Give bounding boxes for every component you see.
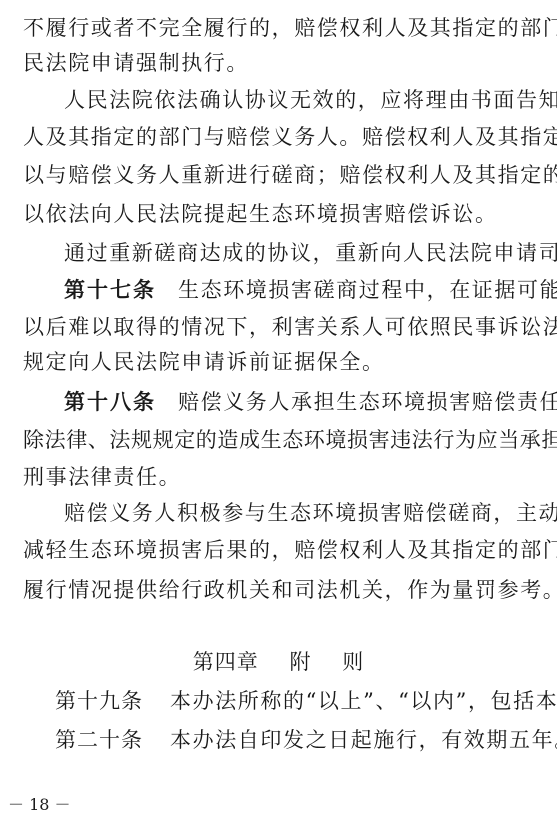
- article-text: 赔偿义务人承担生态环境损害赔偿责任不能免: [178, 390, 557, 414]
- paragraph-line: 民法院申请强制执行。: [23, 48, 543, 78]
- paragraph-line: 履行情况提供给行政机关和司法机关，作为量罚参考。: [23, 575, 543, 605]
- article-text: 本办法所称的“以上”、“以内”，包括本数。: [170, 689, 557, 713]
- article-17-line: 第十七条生态环境损害磋商过程中，在证据可能灭失或: [64, 275, 557, 305]
- paragraph-line: 人及其指定的部门与赔偿义务人。赔偿权利人及其指定的部门可: [23, 122, 543, 152]
- chapter-title: 第四章 附 则: [0, 647, 557, 677]
- page-number: － 18 －: [8, 795, 71, 815]
- paragraph-line: 规定向人民法院申请诉前证据保全。: [23, 347, 543, 377]
- paragraph-line: 不履行或者不完全履行的，赔偿权利人及其指定的部门可以向人: [23, 13, 543, 43]
- paragraph-line: 以依法向人民法院提起生态环境损害赔偿诉讼。: [23, 199, 543, 229]
- article-text: 生态环境损害磋商过程中，在证据可能灭失或: [178, 278, 557, 302]
- article-20-line: 第二十条本办法自印发之日起施行，有效期五年。: [55, 725, 557, 755]
- paragraph-line: 人民法院依法确认协议无效的，应将理由书面告知赔偿权利: [64, 85, 544, 115]
- article-label: 第二十条: [55, 725, 170, 755]
- article-label: 第十八条: [64, 390, 156, 414]
- paragraph-line: 刑事法律责任。: [23, 462, 543, 492]
- paragraph-line: 以与赔偿义务人重新进行磋商；赔偿权利人及其指定的部门也可: [23, 160, 543, 190]
- paragraph-line: 以后难以取得的情况下，利害关系人可依照民事诉讼法的相关: [23, 312, 543, 342]
- paragraph-line: 除法律、法规规定的造成生态环境损害违法行为应当承担的行政、: [23, 425, 543, 455]
- article-18-line: 第十八条赔偿义务人承担生态环境损害赔偿责任不能免: [64, 387, 557, 417]
- article-text: 本办法自印发之日起施行，有效期五年。: [170, 728, 557, 752]
- article-label: 第十九条: [55, 686, 170, 716]
- article-label: 第十七条: [64, 278, 156, 302]
- paragraph-line: 赔偿义务人积极参与生态环境损害赔偿磋商，主动消除或者: [64, 498, 557, 528]
- paragraph-line: 减轻生态环境损害后果的，赔偿权利人及其指定的部门可将协议: [23, 535, 543, 565]
- paragraph-line: 通过重新磋商达成的协议，重新向人民法院申请司法确认。: [64, 238, 557, 268]
- article-19-line: 第十九条本办法所称的“以上”、“以内”，包括本数。: [55, 686, 557, 716]
